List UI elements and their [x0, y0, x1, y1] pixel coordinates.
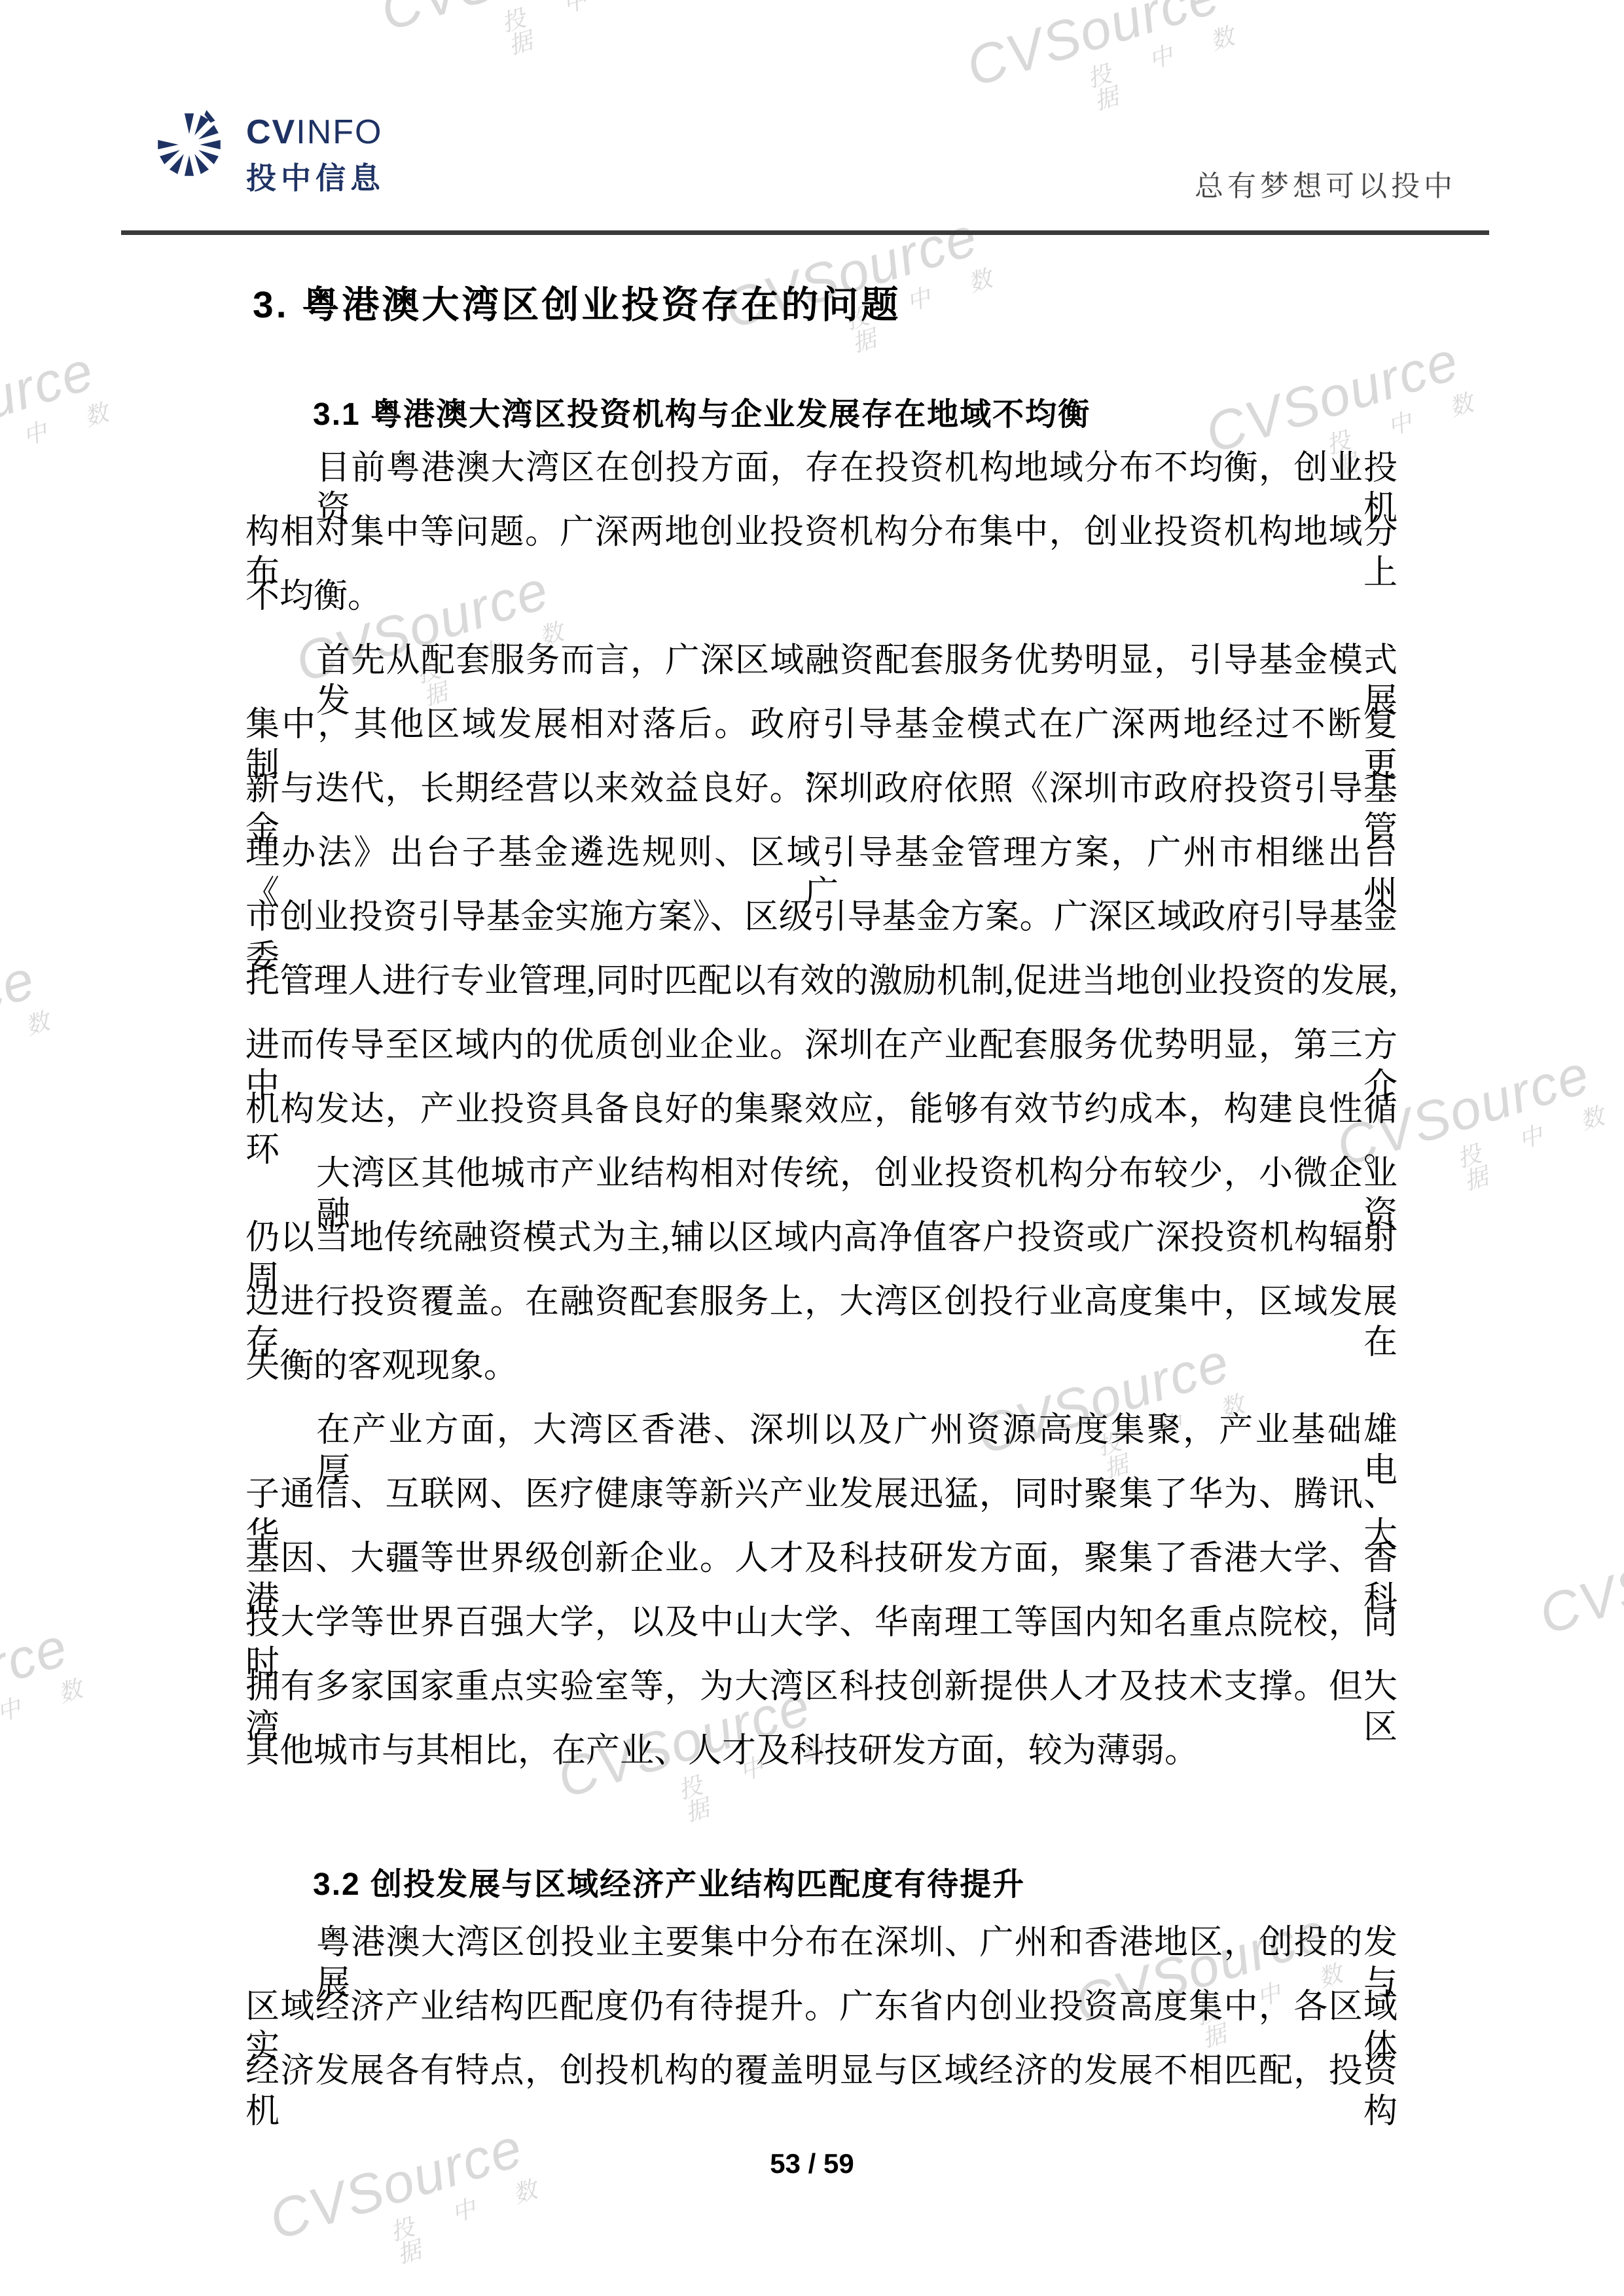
watermark-word: CVSource	[0, 928, 117, 1080]
cvsource-watermark: CVSource投 中 数 据	[0, 319, 192, 523]
cvsource-watermark: CVSource投 中 数 据	[0, 1596, 166, 1799]
cvsource-watermark: CVSource投 中 数 据	[960, 0, 1318, 146]
subsection-heading: 3.1 粤港澳大湾区投资机构与企业发展存在地域不均衡	[313, 389, 1091, 434]
watermark-subtext: 投 中 数 据	[499, 0, 732, 58]
watermark-subtext: 投 中 数 据	[0, 378, 192, 490]
watermark-word: CVSource	[0, 1596, 150, 1748]
body-text-line: 托管理人进行专业管理,同时匹配以有效的激励机制,促进当地创业投资的发展,	[245, 961, 1398, 1002]
watermark-word: CVSource	[1199, 310, 1541, 461]
watermark-word: CVSource	[374, 0, 716, 39]
body-text-line: 不均衡。	[245, 577, 1398, 617]
watermark-word: CVSource	[1533, 1491, 1624, 1643]
watermark-subtext: 投 中 数 据	[0, 1655, 166, 1767]
logo-wordmark-en: CVINFO	[246, 115, 385, 149]
cvsource-watermark: CVSource投 中 数 据	[1533, 1491, 1624, 1695]
body-text-line: 其他城市与其相比，在产业、人才及科技研发方面，较为薄弱。	[245, 1731, 1398, 1772]
header-divider	[121, 230, 1489, 235]
body-text-line: 经济发展各有特点，创投机构的覆盖明显与区域经济的发展不相匹配，投资机构	[245, 2051, 1398, 2133]
subsection-heading: 3.2 创投发展与区域经济产业结构匹配度有待提升	[313, 1859, 1025, 1904]
cvsource-watermark: CVSource投 中 数 据	[0, 928, 133, 1132]
company-slogan: 总有梦想可以投中	[1195, 162, 1456, 204]
watermark-subtext: 投 中 数 据	[1085, 2, 1318, 114]
cvinfo-starburst-icon	[149, 105, 229, 185]
logo-cv: CV	[246, 113, 296, 151]
watermark-subtext: 投 中 数 据	[1454, 1082, 1624, 1194]
section-heading: 3. 粤港澳大湾区创业投资存在的问题	[253, 275, 901, 329]
cvsource-watermark: CVSource投 中 数 据	[374, 0, 732, 90]
watermark-word: CVSource	[0, 319, 176, 471]
logo-wordmark-cn: 投中信息	[246, 154, 385, 198]
page-number: 53 / 59	[0, 2148, 1624, 2179]
company-logo: CVINFO 投中信息	[149, 105, 385, 198]
watermark-subtext: 投 中 数 据	[0, 987, 133, 1099]
report-page: { "header": { "logo": { "brand_en_bold":…	[0, 0, 1624, 2296]
watermark-word: CVSource	[960, 0, 1302, 95]
logo-text: CVINFO 投中信息	[246, 105, 385, 198]
logo-info: INFO	[296, 113, 382, 151]
body-text-line: 失衡的客观现象。	[245, 1346, 1398, 1387]
